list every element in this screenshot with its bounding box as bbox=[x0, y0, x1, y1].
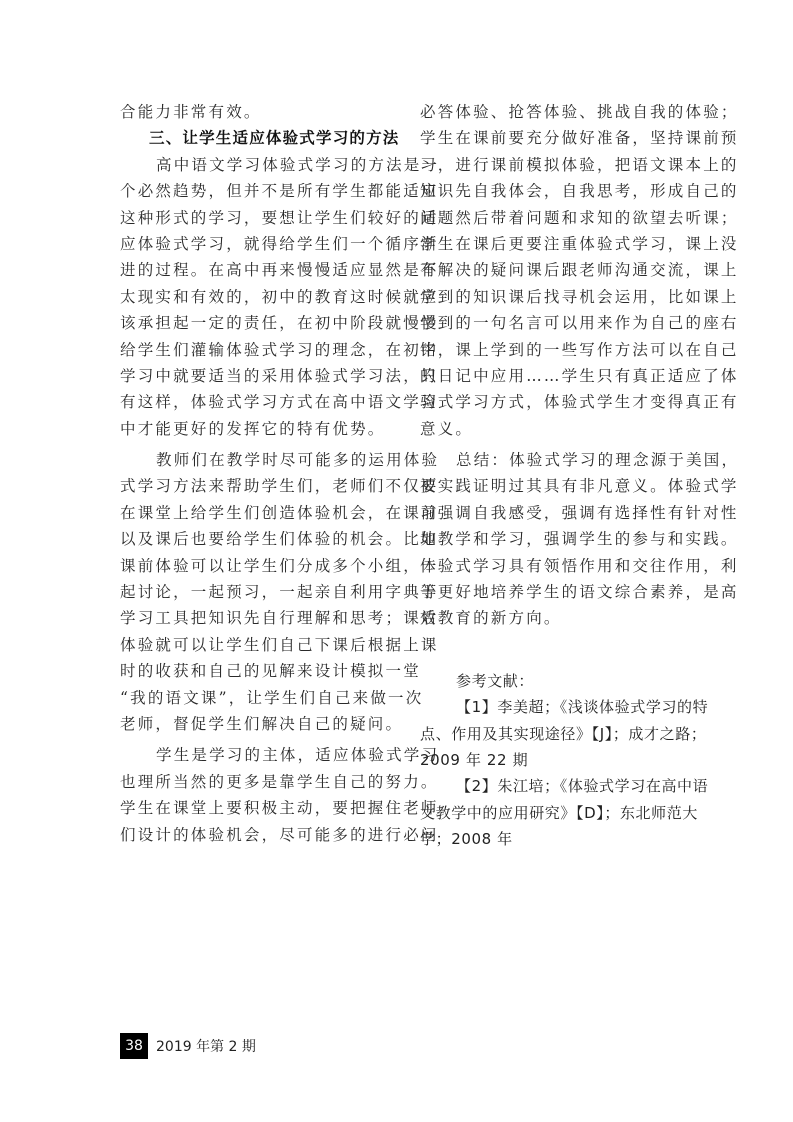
body-line: “我的语文课”，让学生们自己来做一次 bbox=[120, 685, 376, 711]
summary-line: 总结：体验式学习的理念源于美国， bbox=[420, 447, 676, 473]
page-number: 38 bbox=[120, 1033, 148, 1059]
body-line: 应体验式学习，就得给学生们一个循序渐 bbox=[120, 231, 376, 257]
summary-line: 体验式学习具有领悟作用和交往作用，利 bbox=[420, 553, 676, 579]
body-line: 给学生们灌输体验式学习的理念，在初中 bbox=[120, 337, 376, 363]
body-line: 起讨论，一起预习，一起亲自利用字典等 bbox=[120, 579, 376, 605]
page-footer: 38 2019 年第 2 期 bbox=[120, 1033, 256, 1059]
summary-line: 效教育的新方向。 bbox=[420, 605, 676, 631]
issue-label: 2019 年第 2 期 bbox=[156, 1036, 256, 1056]
body-line: 时的收获和自己的见解来设计模拟一堂 bbox=[120, 658, 376, 684]
body-line: 合能力非常有效。 bbox=[120, 99, 376, 125]
reference-line: 文教学中的应用研究》【D】；东北师范大 bbox=[420, 800, 676, 826]
body-line: 学习中就要适当的采用体验式学习法，只 bbox=[120, 363, 376, 389]
body-line: 中才能更好的发挥它的特有优势。 bbox=[120, 416, 376, 442]
body-line: 式学习方法来帮助学生们，老师们不仅要 bbox=[120, 473, 376, 499]
body-line: 高中语文学习体验式学习的方法是一 bbox=[120, 152, 376, 178]
body-line: 体验就可以让学生们自己下课后根据上课 bbox=[120, 632, 376, 658]
summary-line: 被实践证明过其具有非凡意义。体验式学 bbox=[420, 473, 676, 499]
section-heading: 三、让学生适应体验式学习的方法 bbox=[120, 125, 376, 151]
body-line: 老师，督促学生们解决自己的疑问。 bbox=[120, 711, 376, 737]
reference-line: 2009 年 22 期 bbox=[420, 747, 676, 773]
reference-line: 学；2008 年 bbox=[420, 826, 676, 852]
body-line: 必答体验、抢答体验、挑战自我的体验； bbox=[420, 99, 676, 125]
body-line: 该承担起一定的责任，在初中阶段就慢慢 bbox=[120, 310, 376, 336]
reference-line: 【2】朱江培；《体验式学习在高中语 bbox=[420, 773, 676, 799]
body-line: 学生在课后更要注重体验式学习，课上没 bbox=[420, 231, 676, 257]
body-line: 也理所当然的更多是靠学生自己的努力。 bbox=[120, 769, 376, 795]
body-line: 知识先自我体会，自我思考，形成自己的 bbox=[420, 178, 676, 204]
body-line: 教师们在教学时尽可能多的运用体验 bbox=[120, 447, 376, 473]
body-line: 有解决的疑问课后跟老师沟通交流，课上 bbox=[420, 257, 676, 283]
summary-line: 地教学和学习，强调学生的参与和实践。 bbox=[420, 526, 676, 552]
body-line: 问题然后带着问题和求知的欲望去听课； bbox=[420, 205, 676, 231]
body-line: 的日记中应用……学生只有真正适应了体 bbox=[420, 363, 676, 389]
body-line: 太现实和有效的，初中的教育这时候就应 bbox=[120, 284, 376, 310]
body-line: 学到的知识课后找寻机会运用，比如课上 bbox=[420, 284, 676, 310]
body-line: 们设计的体验机会，尽可能多的进行必问 bbox=[120, 822, 376, 848]
body-line: 课前体验可以让学生们分成多个小组，一 bbox=[120, 553, 376, 579]
references-title: 参考文献： bbox=[420, 668, 676, 694]
left-column: 合能力非常有效。 三、让学生适应体验式学习的方法 高中语文学习体验式学习的方法是… bbox=[120, 99, 376, 848]
body-line: 学生在课堂上要积极主动，要把握住老师 bbox=[120, 795, 376, 821]
body-line: 进的过程。在高中再来慢慢适应显然是不 bbox=[120, 257, 376, 283]
body-line: 铭，课上学到的一些写作方法可以在自己 bbox=[420, 337, 676, 363]
body-line: 以及课后也要给学生们体验的机会。比如 bbox=[120, 526, 376, 552]
right-column: 必答体验、抢答体验、挑战自我的体验； 学生在课前要充分做好准备，坚持课前预 习，… bbox=[420, 99, 676, 853]
body-line: 个必然趋势，但并不是所有学生都能适应 bbox=[120, 178, 376, 204]
reference-line: 【1】李美超；《浅谈体验式学习的特 bbox=[420, 694, 676, 720]
reference-line: 点、作用及其实现途径》【J】；成才之路； bbox=[420, 721, 676, 747]
body-line: 学生在课前要充分做好准备，坚持课前预 bbox=[420, 125, 676, 151]
summary-line: 于更好地培养学生的语文综合素养，是高 bbox=[420, 579, 676, 605]
body-line: 学习工具把知识先自行理解和思考；课后 bbox=[120, 605, 376, 631]
body-line: 验式学习方式，体验式学生才变得真正有 bbox=[420, 389, 676, 415]
body-line: 学到的一句名言可以用来作为自己的座右 bbox=[420, 310, 676, 336]
body-line: 这种形式的学习，要想让学生们较好的适 bbox=[120, 205, 376, 231]
body-line: 在课堂上给学生们创造体验机会，在课前 bbox=[120, 500, 376, 526]
body-line: 有这样，体验式学习方式在高中语文学习 bbox=[120, 389, 376, 415]
body-line: 意义。 bbox=[420, 416, 676, 442]
body-line: 学生是学习的主体，适应体验式学习 bbox=[120, 742, 376, 768]
summary-line: 习强调自我感受，强调有选择性有针对性 bbox=[420, 500, 676, 526]
body-line: 习，进行课前模拟体验，把语文课本上的 bbox=[420, 152, 676, 178]
